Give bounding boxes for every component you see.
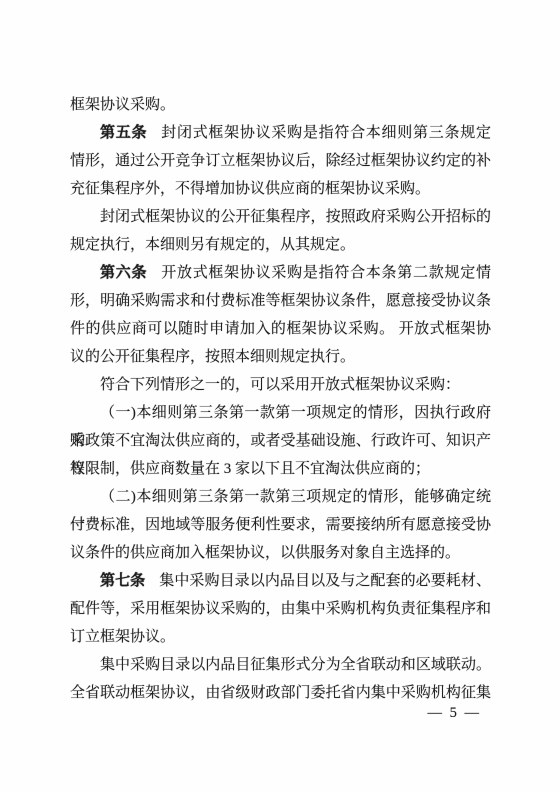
text-line: 情形，通过公开竞争订立框架协议后，除经过框架协议约定的补 — [70, 147, 491, 175]
article-term: 第五条 — [100, 125, 147, 141]
text-line: 形，明确采购需求和付费标准等框架协议条件，愿意接受协议条 — [70, 287, 491, 315]
text-line: （一)本细则第三条第一款第一项规定的情形，因执行政府采 — [70, 399, 491, 427]
text-line: 集中采购目录以内品目征集形式分为全省联动和区域联动。 — [70, 651, 491, 679]
document-page: 框架协议采购。第五条封闭式框架协议采购是指符合本细则第三条规定情形，通过公开竞争… — [0, 0, 560, 792]
text-line: 第七条集中采购目录以内品目以及与之配套的必要耗材、 — [70, 567, 491, 595]
text-line: 框架协议采购。 — [70, 91, 491, 119]
text-line: 付费标准，因地域等服务便利性要求，需要接纳所有愿意接受协 — [70, 511, 491, 539]
text-line: 充征集程序外，不得增加协议供应商的框架协议采购。 — [70, 175, 491, 203]
text-line: 配件等，采用框架协议采购的，由集中采购机构负责征集程序和 — [70, 595, 491, 623]
article-term: 第七条 — [100, 573, 145, 589]
text-line: 全省联动框架协议，由省级财政部门委托省内集中采购机构征集 — [70, 679, 491, 707]
text-line: （二)本细则第三条第一款第三项规定的情形，能够确定统一 — [70, 483, 491, 511]
text-line: 第六条开放式框架协议采购是指符合本条第二款规定情 — [70, 259, 491, 287]
page-number: — 5 — — [428, 705, 482, 722]
document-text-block: 框架协议采购。第五条封闭式框架协议采购是指符合本细则第三条规定情形，通过公开竞争… — [70, 91, 491, 707]
text-line: 件的供应商可以随时申请加入的框架协议采购。 开放式框架协 — [70, 315, 491, 343]
text-line: 订立框架协议。 — [70, 623, 491, 651]
article-term: 第六条 — [100, 265, 147, 281]
text-line: 议条件的供应商加入框架协议，以供服务对象自主选择的。 — [70, 539, 491, 567]
text-line: 等限制，供应商数量在 3 家以下且不宜淘汰供应商的； — [70, 455, 491, 483]
text-line: 购政策不宜淘汰供应商的，或者受基础设施、行政许可、知识产权 — [70, 427, 491, 455]
text-line: 符合下列情形之一的，可以采用开放式框架协议采购： — [70, 371, 491, 399]
text-line: 规定执行，本细则另有规定的，从其规定。 — [70, 231, 491, 259]
text-line: 第五条封闭式框架协议采购是指符合本细则第三条规定 — [70, 119, 491, 147]
text-line: 封闭式框架协议的公开征集程序，按照政府采购公开招标的 — [70, 203, 491, 231]
text-line: 议的公开征集程序，按照本细则规定执行。 — [70, 343, 491, 371]
